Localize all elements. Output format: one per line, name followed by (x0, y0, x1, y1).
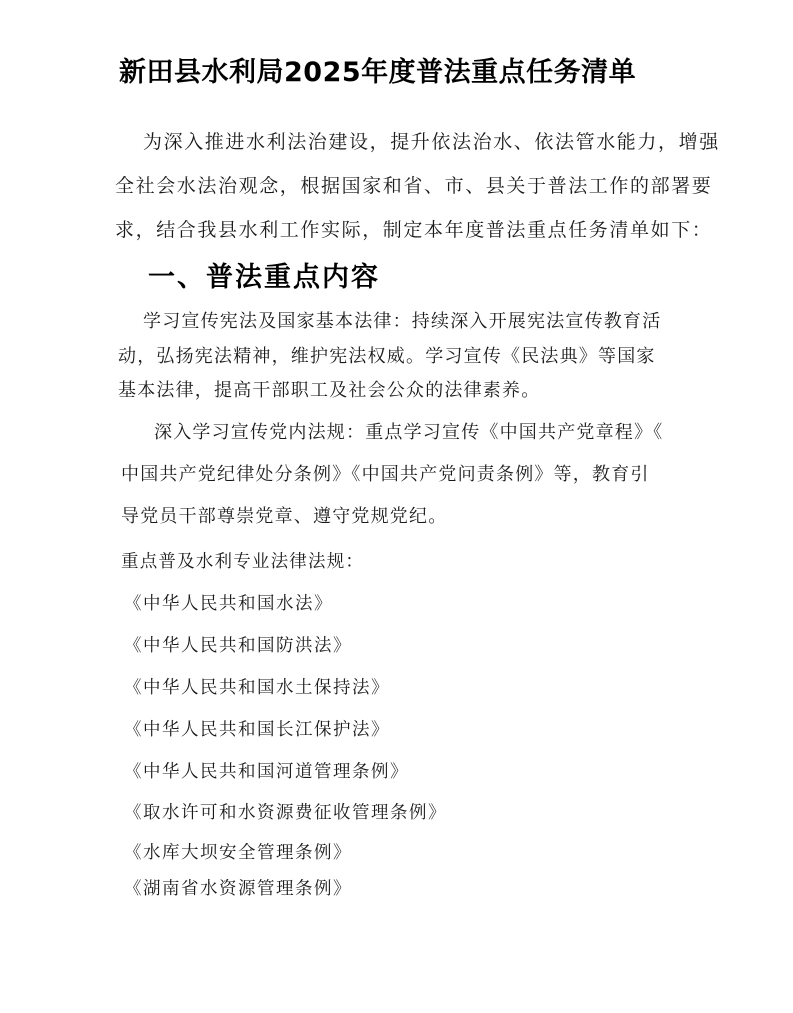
paragraph-line: 中国共产党纪律处分条例》《中国共产党问责条例》等，教育引 (121, 460, 650, 486)
intro-line: 为深入推进水利法治建设，提升依法治水、依法管水能力，增强 (143, 127, 720, 154)
paragraph-line: 学习宣传宪法及国家基本法律：持续深入开展宪法宣传教育活 (143, 307, 661, 333)
list-item: 《中华人民共和国长江保护法》 (124, 716, 390, 741)
document-page: 新田县水利局2025年度普法重点任务清单 为深入推进水利法治建设，提升依法治水、… (0, 0, 793, 1013)
list-item: 《中华人民共和国河道管理条例》 (124, 758, 409, 783)
list-item: 《中华人民共和国防洪法》 (124, 632, 352, 657)
document-title: 新田县水利局2025年度普法重点任务清单 (119, 50, 636, 89)
laws-intro: 重点普及水利专业法律法规： (121, 548, 364, 573)
paragraph-line: 导党员干部尊崇党章、遵守党规党纪。 (121, 502, 447, 528)
paragraph-line: 动，弘扬宪法精神，维护宪法权威。学习宣传《民法典》等国家 (118, 342, 656, 368)
list-item: 《湖南省水资源管理条例》 (124, 875, 352, 900)
paragraph-line: 深入学习宣传党内法规：重点学习宣传《中国共产党章程》《 (154, 418, 663, 444)
section-heading: 一、普法重点内容 (148, 255, 380, 294)
list-item: 《取水许可和水资源费征收管理条例》 (124, 799, 447, 824)
paragraph-line: 基本法律，提高干部职工及社会公众的法律素养。 (118, 376, 540, 402)
list-item: 《水库大坝安全管理条例》 (124, 839, 352, 864)
list-item: 《中华人民共和国水法》 (124, 590, 333, 615)
intro-line: 全社会水法治观念，根据国家和省、市、县关于普法工作的部署要 (115, 171, 712, 198)
intro-line: 求，结合我县水利工作实际，制定本年度普法重点任务清单如下： (115, 215, 712, 242)
list-item: 《中华人民共和国水土保持法》 (124, 674, 390, 699)
